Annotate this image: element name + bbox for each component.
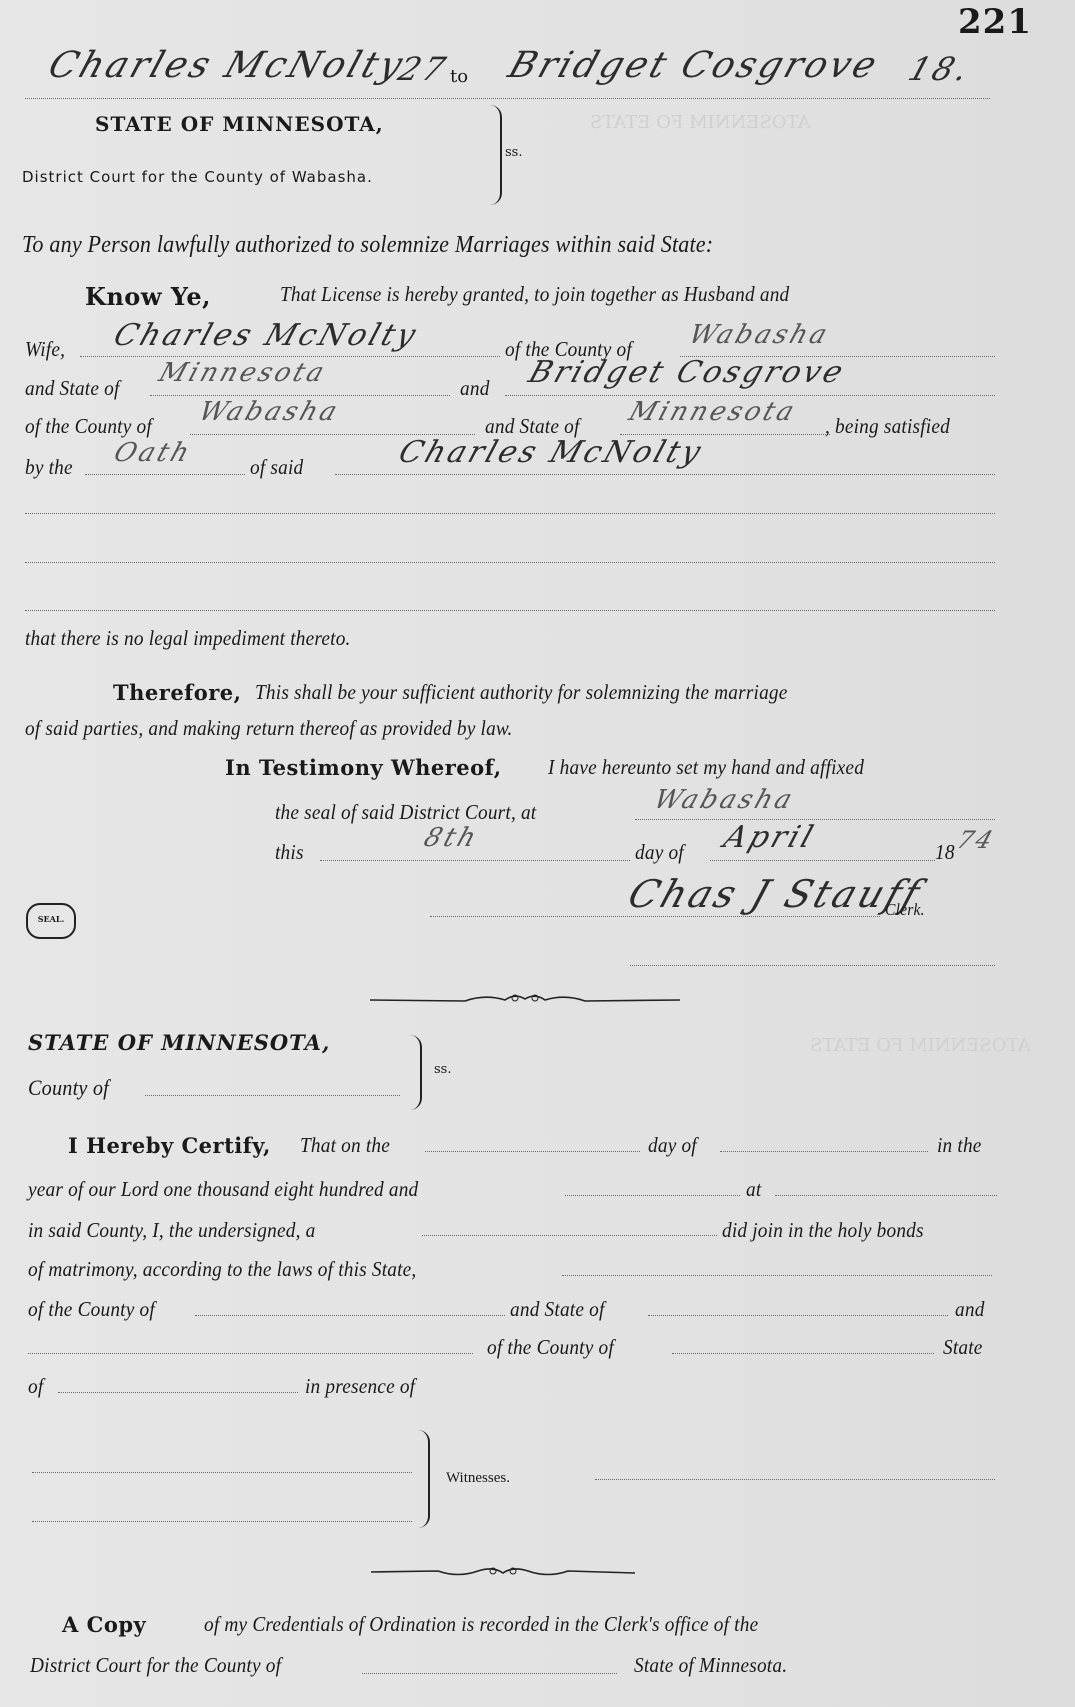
by-the-label: by the [25, 455, 73, 480]
cert-line6-a: of the County of [487, 1335, 614, 1360]
testimony-heading: In Testimony Whereof, [225, 755, 502, 780]
groom-name-line [80, 356, 500, 357]
witness-line-2 [32, 1521, 412, 1522]
cert-line3-a: in said County, I, the undersigned, a [28, 1218, 315, 1243]
page-number: 221 [958, 2, 1032, 42]
bride-name-line [505, 395, 995, 396]
cert-line3-b: did join in the holy bonds [722, 1218, 924, 1243]
bleed-through-text: ATOSENNIM FO ETATS [590, 112, 811, 133]
day-of-label: day of [635, 840, 684, 865]
county-of-line [145, 1095, 400, 1096]
blank-line-1 [25, 513, 995, 514]
cert-line6-b: State [943, 1335, 983, 1360]
of-county-label-2: of the County of [25, 414, 152, 439]
testimony-text: I have hereunto set my hand and affixed [548, 755, 864, 780]
county-of-label: County of [28, 1075, 109, 1101]
day-field: 8th [420, 823, 482, 853]
groom-state-field: Minnesota [155, 358, 331, 388]
hereby-certify-heading: I Hereby Certify, [68, 1133, 271, 1158]
officiant-signature-line [595, 1479, 995, 1480]
cert-line4-a: of matrimony, according to the laws of t… [28, 1257, 416, 1282]
cert-month-line [720, 1151, 928, 1152]
copy-text: of my Credentials of Ordination is recor… [204, 1612, 758, 1637]
groom-county-field: Wabasha [685, 320, 833, 350]
header-bride: Bridget Cosgrove [503, 45, 884, 86]
and-state-label: and State of [25, 376, 120, 401]
header-groom: Charles McNolty [43, 45, 410, 86]
copy-text-2a: District Court for the County of [30, 1653, 281, 1678]
of-said-field: Charles McNolty [394, 435, 708, 470]
header-bride-age: 18. [904, 50, 976, 88]
this-label: this [275, 840, 304, 865]
of-said-label: of said [250, 455, 303, 480]
groom-name-field: Charles McNolty [109, 318, 423, 353]
cert-officiant-line [422, 1235, 717, 1236]
cert-bride-county-line [672, 1353, 934, 1354]
seal-icon: SEAL. [26, 903, 76, 939]
cert-year-line [565, 1195, 740, 1196]
cert-line1-a: That on the [300, 1133, 390, 1158]
cert-line1-b: day of [648, 1133, 697, 1158]
blank-line-2 [25, 562, 995, 563]
seal-place-field: Wabasha [650, 785, 798, 815]
know-ye-heading: Know Ye, [85, 282, 211, 311]
cert-line5-a: of the County of [28, 1297, 155, 1322]
copy-heading: A Copy [62, 1612, 146, 1637]
brace-icon-3 [418, 1430, 430, 1528]
cert-day-line [425, 1151, 640, 1152]
cert-groom-county-line [195, 1315, 505, 1316]
bride-name-field: Bridget Cosgrove [524, 355, 850, 390]
month-line [710, 860, 935, 861]
cert-line7-b: in presence of [305, 1374, 415, 1399]
no-impediment-text: that there is no legal impediment theret… [25, 626, 351, 651]
clerk-second-line [630, 965, 995, 966]
cert-line2-a: year of our Lord one thousand eight hund… [28, 1177, 418, 1202]
brace-icon-2 [410, 1035, 422, 1110]
witnesses-label: Witnesses. [446, 1470, 510, 1487]
being-satisfied-text: , being satisfied [825, 414, 950, 439]
therefore-text: This shall be your sufficient authority … [255, 680, 788, 705]
cert-groom-line [562, 1275, 992, 1276]
cert-line5-c: and [955, 1297, 985, 1322]
seal-text: the seal of said District Court, at [275, 800, 536, 825]
ss-label: ss. [505, 145, 522, 160]
therefore-text-2: of said parties, and making return there… [25, 716, 513, 741]
know-ye-text: That License is hereby granted, to join … [280, 282, 789, 307]
cert-line5-b: and State of [510, 1297, 605, 1322]
blank-line-3 [25, 610, 995, 611]
bleed-through-text-2: ATOSENNIM FO ETATS [810, 1035, 1031, 1056]
by-the-field: Oath [110, 438, 196, 468]
wife-label: Wife, [25, 337, 65, 362]
header-underline [25, 98, 990, 99]
salutation: To any Person lawfully authorized to sol… [22, 232, 713, 259]
bride-state-field: Minnesota [625, 397, 801, 427]
month-field: April [719, 820, 820, 855]
day-line [320, 860, 630, 861]
ornamental-divider-icon [365, 992, 685, 1006]
certificate-ss-label: ss. [434, 1062, 451, 1077]
cert-line7-a: of [28, 1374, 43, 1399]
seal-label: SEAL. [28, 914, 74, 924]
cert-bride-line [28, 1353, 473, 1354]
cert-line2-b: at [746, 1177, 761, 1202]
groom-state-line [150, 395, 450, 396]
court-line: District Court for the County of Wabasha… [22, 168, 373, 186]
cert-groom-state-line [648, 1315, 948, 1316]
certificate-state-heading: STATE OF MINNESOTA, [28, 1030, 330, 1055]
year-field: 74 [953, 826, 999, 854]
by-the-line [85, 474, 245, 475]
of-said-line [335, 474, 995, 475]
header-connector: to [450, 66, 468, 87]
year-prefix: 18 [935, 840, 955, 865]
clerk-label: Clerk. [885, 900, 925, 920]
state-heading: STATE OF MINNESOTA, [95, 112, 384, 136]
cert-bride-state-line [58, 1392, 298, 1393]
marriage-license-page: 221 Charles McNolty 27 to Bridget Cosgro… [0, 0, 1075, 1707]
witness-line-1 [32, 1472, 412, 1473]
brace-icon [490, 105, 502, 205]
ordination-county-line [362, 1673, 617, 1674]
cert-line1-c: in the [937, 1133, 982, 1158]
cert-at-line [775, 1195, 997, 1196]
bride-county-field: Wabasha [195, 397, 343, 427]
therefore-heading: Therefore, [113, 680, 241, 705]
clerk-signature: Chas J Stauff [623, 872, 928, 916]
ornamental-divider-icon-2 [368, 1565, 638, 1579]
copy-text-2b: State of Minnesota. [634, 1653, 787, 1678]
clerk-signature-line [430, 916, 880, 917]
and-label: and [460, 376, 490, 401]
